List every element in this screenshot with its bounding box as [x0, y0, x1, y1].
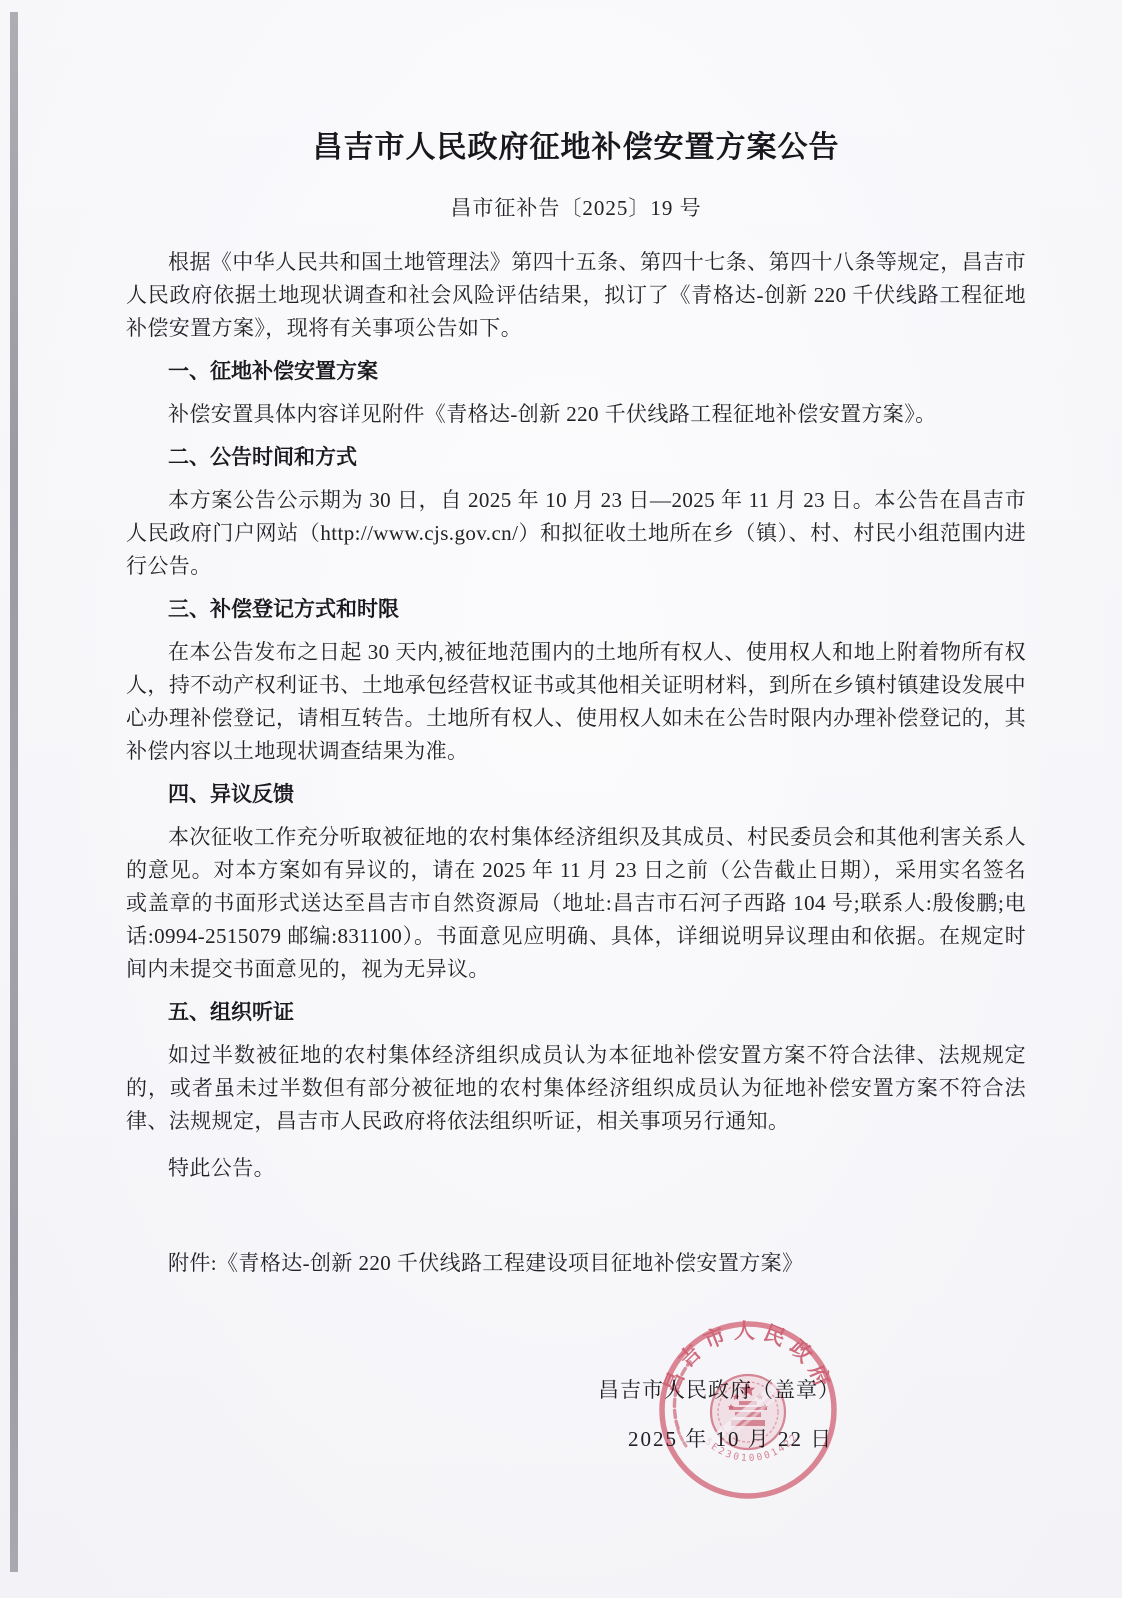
issuer-signature: 昌吉市人民政府（盖章）: [598, 1374, 840, 1407]
scan-edge-strip: [10, 12, 18, 1572]
attachment-line: 附件:《青格达-创新 220 千伏线路工程建设项目征地补偿安置方案》: [126, 1247, 1026, 1280]
announcement-document: 昌吉市人民政府征地补偿安置方案公告 昌市征补告〔2025〕19 号 根据《中华人…: [126, 122, 1026, 1280]
page-title: 昌吉市人民政府征地补偿安置方案公告: [126, 122, 1026, 166]
section-3-heading: 三、补偿登记方式和时限: [126, 593, 1026, 626]
section-1-paragraph: 补偿安置具体内容详见附件《青格达-创新 220 千伏线路工程征地补偿安置方案》。: [126, 398, 1026, 431]
section-3-paragraph: 在本公告发布之日起 30 天内,被征地范围内的土地所有权人、使用权人和地上附着物…: [126, 636, 1026, 768]
document-number: 昌市征补告〔2025〕19 号: [126, 192, 1026, 222]
closing-line: 特此公告。: [126, 1152, 1026, 1185]
intro-paragraph: 根据《中华人民共和国土地管理法》第四十五条、第四十七条、第四十八条等规定，昌吉市…: [126, 246, 1026, 345]
signature-block: 昌吉市人民政府（盖章） 2025 年 10 月 22 日: [598, 1374, 840, 1456]
section-5-paragraph: 如过半数被征地的农村集体经济组织成员认为本征地补偿安置方案不符合法律、法规规定的…: [126, 1039, 1026, 1138]
section-2-heading: 二、公告时间和方式: [126, 441, 1026, 474]
section-4-heading: 四、异议反馈: [126, 778, 1026, 811]
section-5-heading: 五、组织听证: [126, 996, 1026, 1029]
section-1-heading: 一、征地补偿安置方案: [126, 355, 1026, 388]
section-4-paragraph: 本次征收工作充分听取被征地的农村集体经济组织及其成员、村民委员会和其他利害关系人…: [126, 821, 1026, 986]
issue-date: 2025 年 10 月 22 日: [598, 1423, 840, 1456]
section-2-paragraph: 本方案公告公示期为 30 日，自 2025 年 10 月 23 日—2025 年…: [126, 484, 1026, 583]
